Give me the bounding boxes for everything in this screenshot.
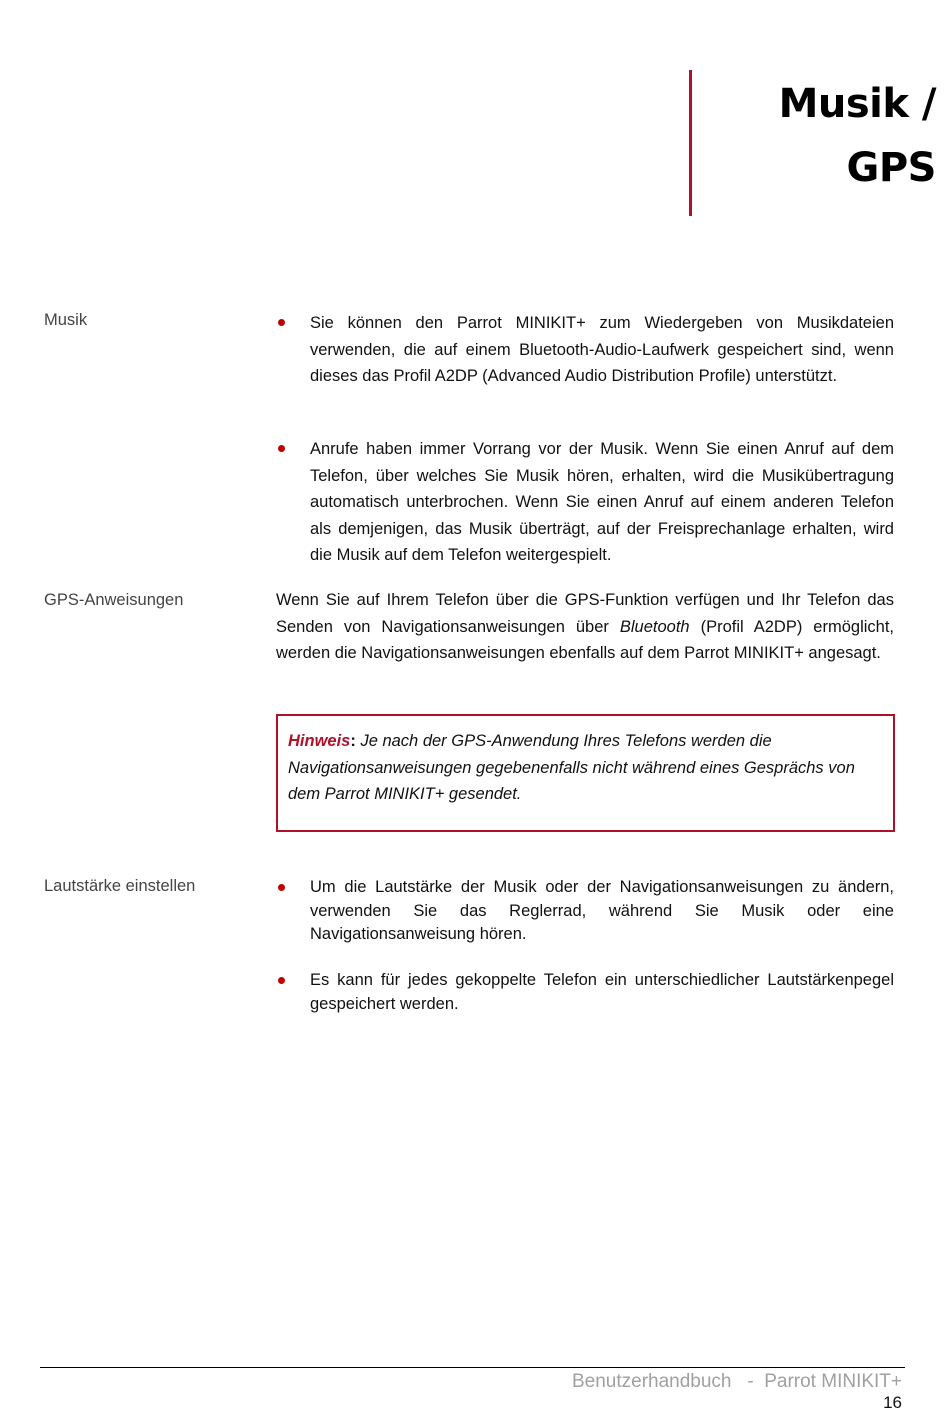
bullet-icon (278, 319, 285, 326)
bullet-icon (278, 977, 285, 984)
note-label: Hinweis (288, 732, 350, 750)
note-text: Je nach der GPS-Anwendung Ihres Telefons… (288, 732, 855, 803)
list-item: Anrufe haben immer Vorrang vor der Musik… (276, 436, 894, 569)
bullet-text: Sie können den Parrot MINIKIT+ zum Wiede… (310, 310, 894, 390)
page-title-line1: Musik / (779, 72, 936, 136)
page-title: Musik / GPS (779, 72, 936, 200)
page-number: 16 (883, 1393, 902, 1413)
list-item: Um die Lautstärke der Musik oder der Nav… (276, 876, 894, 947)
bullet-text: Anrufe haben immer Vorrang vor der Musik… (310, 436, 894, 569)
bullet-text: Es kann für jedes gekoppelte Telefon ein… (310, 969, 894, 1016)
section-label-volume: Lautstärke einstellen (44, 877, 195, 896)
section-label-musik: Musik (44, 311, 87, 330)
bullet-icon (278, 884, 285, 891)
footer-divider (40, 1367, 905, 1368)
gps-paragraph-italic: Bluetooth (620, 618, 690, 636)
note-box: Hinweis: Je nach der GPS-Anwendung Ihres… (276, 714, 895, 832)
list-item: Es kann für jedes gekoppelte Telefon ein… (276, 969, 894, 1016)
footer-text: Benutzerhandbuch - Parrot MINIKIT+ (572, 1371, 902, 1393)
gps-paragraph: Wenn Sie auf Ihrem Telefon über die GPS-… (276, 587, 894, 667)
list-item: Sie können den Parrot MINIKIT+ zum Wiede… (276, 310, 894, 390)
page-title-line2: GPS (779, 136, 936, 200)
bullet-text: Um die Lautstärke der Musik oder der Nav… (310, 876, 894, 947)
title-accent-bar (689, 70, 692, 216)
bullet-icon (278, 445, 285, 452)
section-label-gps: GPS-Anweisungen (44, 591, 183, 610)
